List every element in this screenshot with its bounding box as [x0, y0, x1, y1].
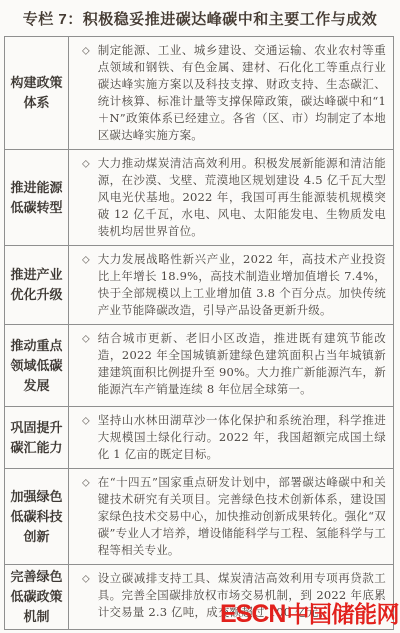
row-header-carbon-sink: 巩固提升 碳汇能力	[5, 407, 69, 468]
row-header-tech-innovation: 加强绿色 低碳科技 创新	[5, 469, 69, 564]
diamond-bullet-icon: ◇	[82, 156, 90, 173]
row-content: ◇ 大力推动煤炭清洁高效利用。积极发展新能源和清洁能源，在沙漠、戈壁、荒漠地区规…	[69, 150, 393, 245]
diamond-bullet-icon: ◇	[82, 571, 90, 588]
escn-watermark-cn: 中国储能网	[287, 596, 400, 629]
row-text: 坚持山水林田湖草沙一体化保护和系统治理，科学推进大规模国土绿化行动。2022 年…	[98, 412, 386, 463]
row-header-policy-mechanism: 完善绿色 低碳政策 机制	[5, 565, 69, 629]
column7-table: 构建政策 体系 ◇ 制定能源、工业、城乡建设、交通运输、农业农村等重点领域和钢铁…	[4, 36, 394, 630]
row-content: ◇ 大力发展战略性新兴产业，2022 年，高技术产业投资比上年增长 18.9%，…	[69, 246, 393, 324]
row-text: 制定能源、工业、城乡建设、交通运输、农业农村等重点领域和钢铁、有色金属、建材、石…	[98, 42, 386, 144]
row-content: ◇ 结合城市更新、老旧小区改造，推进既有建筑节能改造，2022 年全国城镇新建绿…	[69, 325, 393, 406]
diamond-bullet-icon: ◇	[82, 475, 90, 492]
table-row: 构建政策 体系 ◇ 制定能源、工业、城乡建设、交通运输、农业农村等重点领域和钢铁…	[5, 37, 393, 149]
table-row: 推进产业 优化升级 ◇ 大力发展战略性新兴产业，2022 年，高技术产业投资比上…	[5, 245, 393, 324]
escn-watermark-en: ESCN	[220, 600, 285, 629]
diamond-bullet-icon: ◇	[82, 252, 90, 269]
table-row: 推动重点 领域低碳 发展 ◇ 结合城市更新、老旧小区改造，推进既有建筑节能改造，…	[5, 324, 393, 406]
row-text: 结合城市更新、老旧小区改造，推进既有建筑节能改造，2022 年全国城镇新建绿色建…	[98, 330, 386, 398]
row-header-energy-transition: 推进能源 低碳转型	[5, 150, 69, 245]
row-content: ◇ 在“十四五”国家重点研发计划中，部署碳达峰碳中和关键技术研究有关项目。完善绿…	[69, 469, 393, 564]
row-text: 大力发展战略性新兴产业，2022 年，高技术产业投资比上年增长 18.9%，高技…	[98, 251, 386, 319]
row-header-policy-system: 构建政策 体系	[5, 37, 69, 149]
diamond-bullet-icon: ◇	[82, 43, 90, 60]
row-text: 在“十四五”国家重点研发计划中，部署碳达峰碳中和关键技术研究有关项目。完善绿色技…	[98, 474, 386, 559]
table-row: 推进能源 低碳转型 ◇ 大力推动煤炭清洁高效利用。积极发展新能源和清洁能源，在沙…	[5, 149, 393, 245]
diamond-bullet-icon: ◇	[82, 331, 90, 348]
page-title: 专栏 7：积极稳妥推进碳达峰碳中和主要工作与成效	[0, 8, 400, 29]
row-text: 大力推动煤炭清洁高效利用。积极发展新能源和清洁能源，在沙漠、戈壁、荒漠地区规划建…	[98, 155, 386, 240]
table-row: 巩固提升 碳汇能力 ◇ 坚持山水林田湖草沙一体化保护和系统治理，科学推进大规模国…	[5, 406, 393, 468]
table-row: 加强绿色 低碳科技 创新 ◇ 在“十四五”国家重点研发计划中，部署碳达峰碳中和关…	[5, 468, 393, 564]
row-header-key-sectors: 推动重点 领域低碳 发展	[5, 325, 69, 406]
diamond-bullet-icon: ◇	[82, 413, 90, 430]
escn-watermark-logo: ESCN 中国储能网	[220, 596, 399, 629]
row-content: ◇ 制定能源、工业、城乡建设、交通运输、农业农村等重点领域和钢铁、有色金属、建材…	[69, 37, 393, 149]
row-content: ◇ 坚持山水林田湖草沙一体化保护和系统治理，科学推进大规模国土绿化行动。2022…	[69, 407, 393, 468]
row-header-industry-upgrade: 推进产业 优化升级	[5, 246, 69, 324]
